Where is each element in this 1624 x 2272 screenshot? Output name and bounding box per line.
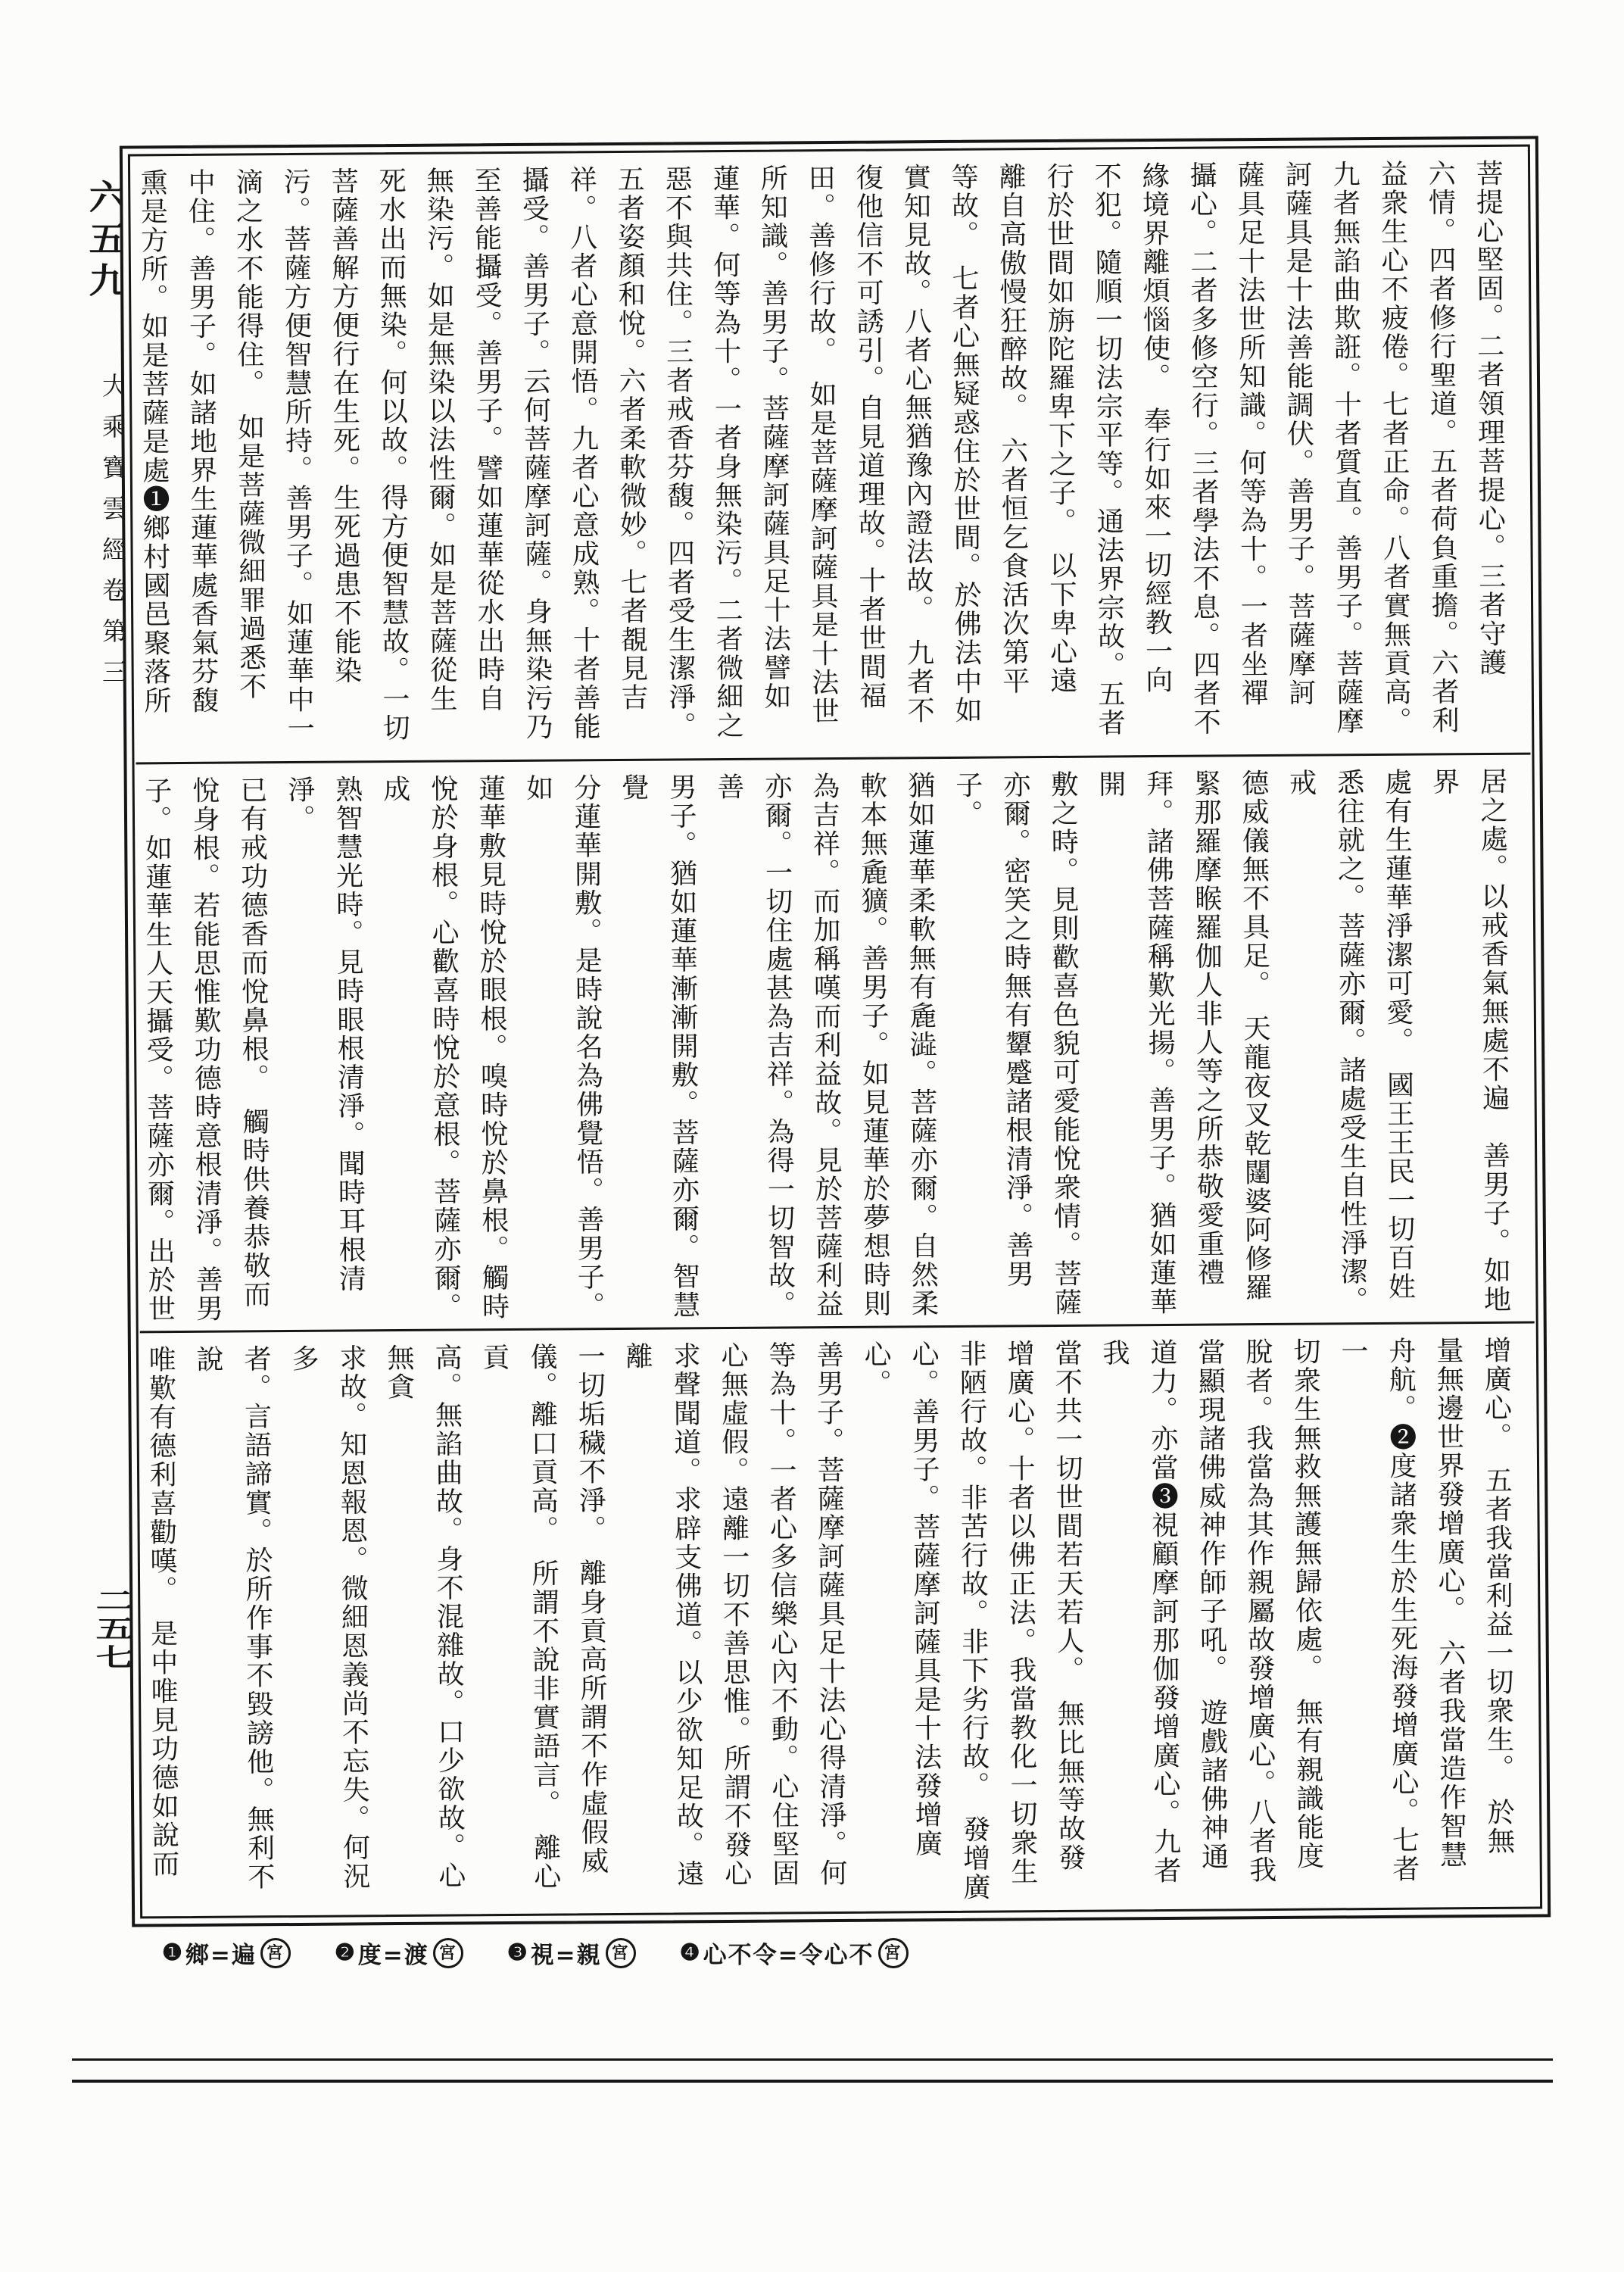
footnote-entry: ❸ 視=親 宮: [507, 1936, 636, 1970]
text-column: 增廣心。十者以佛正法。我當教化一切衆生: [995, 1339, 1046, 1912]
text-column: 蓮華。何等為十。一者身無染污。二者微細之: [700, 164, 752, 751]
text-column: 當不共一切世間若天若人。 無比無等故發: [1043, 1339, 1094, 1912]
text-column: 薩具足十法世所知識。何等為十。一者坐禪: [1225, 161, 1276, 747]
footnote-text: 鄉=遍: [185, 1936, 257, 1970]
text-column: 訶薩具是十法善能調伏。善男子。菩薩摩訶: [1273, 160, 1324, 746]
text-column: 軟本無麁獷。善男子。如見蓮華於夢想時則: [848, 771, 899, 1318]
footnote-entry: ❷ 度=渡 宮: [335, 1936, 463, 1970]
footnote-entry: ❶ 鄉=遍 宮: [162, 1936, 291, 1970]
text-column: 心無虛假。遠離一切不善思惟。所謂不發心: [709, 1341, 760, 1914]
text-column: 切衆生無救無護無歸依處。 無有親識能度: [1281, 1337, 1333, 1909]
text-column: 等故。 七者心無疑惑住於世間。於佛法中如: [939, 163, 990, 749]
text-column: 不犯。隨順一切法宗平等。通法界宗故。五者: [1082, 161, 1133, 747]
text-column: 子。如蓮華生人天攝受。菩薩亦爾。出於世間: [135, 776, 184, 1324]
text-column: 拜。諸佛菩薩稱歎光揚。善男子。猶如蓮華開: [1086, 769, 1186, 1317]
text-column: 悅身根。若能思惟歎功德時意根清淨。善男: [180, 776, 232, 1323]
text-column: 敷之時。見則歡喜色貌可愛能悅衆情。菩薩: [1039, 770, 1090, 1317]
footnote-marker-icon: ❷: [335, 1942, 357, 1965]
text-column: 菩薩善解方便行在生死。生死過患不能染: [319, 167, 370, 753]
footnote-text: 視=親: [531, 1936, 602, 1970]
text-column: 求聲聞道。求辟支佛道。以少欲知足故。遠離: [613, 1341, 712, 1915]
text-column: 行於世間如旃陀羅卑下之子。 以下卑心遠: [1034, 162, 1086, 748]
text-column: 德威儀無不具足。 天龍夜叉乾闥婆阿修羅: [1230, 769, 1281, 1315]
text-column: 道力。亦當❸視顧摩訶那伽發增廣心。九者我: [1090, 1338, 1189, 1912]
text-column: 益衆生心不疲倦。七者正命。八者實無貢高。: [1368, 160, 1420, 746]
text-column: 蓮華敷見時悅於眼根。嗅時悅於鼻根。觸時: [466, 774, 518, 1321]
text-column: 唯歎有德利喜勸嘆。 是中唯見功德如說而: [139, 1345, 188, 1918]
text-column: 熏是方所。如是菩薩是處❶鄉村國邑聚落所: [130, 168, 180, 754]
text-column: 分蓮華開敷。是時說名為佛覺悟。善男子。如: [514, 773, 613, 1321]
text-column: 者。言語諦實。於所作事不毀謗他。無利不說: [184, 1344, 283, 1918]
text-column: 處有生蓮華淨潔可愛。 國王王民一切百姓: [1373, 768, 1424, 1315]
text-column: 中住。善男子。如諸地界生蓮華處香氣芬馥: [176, 168, 227, 754]
footnote-marker-icon: ❸: [507, 1942, 529, 1965]
text-column: 九者無諂曲欺誑。十者質直。善男子。菩薩摩: [1320, 160, 1372, 746]
text-column: 五者姿顏和悅。六者柔軟微妙。七者覩見吉: [605, 165, 656, 751]
text-frame-inner: 菩提心堅固。二者領理菩提心。三者守護六情。四者修行聖道。五者荷負重擔。六者利益衆…: [128, 145, 1542, 1919]
text-column: 舟航。❷度諸衆生於生死海發增廣心。七者一: [1329, 1337, 1428, 1910]
text-column: 無染污。如是無染以法性爾。如是菩薩從生: [414, 166, 466, 752]
text-register-middle: 居之處。以戒香氣無處不遍 善男子。如地界處有生蓮華淨潔可愛。 國王王民一切百姓悉…: [135, 755, 1536, 1331]
text-column: 惡不與共住。三者戒香芬馥。四者受生潔淨。: [653, 164, 704, 751]
text-column: 至善能攝受。善男子。譬如蓮華從水出時自: [462, 166, 513, 752]
text-column: 離自高傲慢狂醉故。 六者恒乞食活次第平: [987, 162, 1038, 748]
text-column: 菩提心堅固。二者領理菩提心。三者守護: [1463, 159, 1515, 745]
text-column: 悅於身根。心歡喜時悅於意根。菩薩亦爾。成: [371, 774, 470, 1322]
apparatus-line: ❶ 鄉=遍 宮 ❷ 度=渡 宮 ❸ 視=親 宮 ❹ 心不令=令心不 宮: [162, 1936, 1525, 1970]
text-column: 六情。四者修行聖道。五者荷負重擔。六者利: [1416, 159, 1467, 745]
text-column: 亦爾。一切住處甚為吉祥。為得一切智故。善: [705, 772, 804, 1319]
text-column: 緊那羅摩睺羅伽人非人等之所恭敬愛重禮: [1182, 769, 1233, 1315]
edition-badge: 宮: [878, 1938, 909, 1968]
text-frame: 菩提心堅固。二者領理菩提心。三者守護六情。四者修行聖道。五者荷負重擔。六者利益衆…: [120, 136, 1551, 1927]
text-column: 實知見故。八者心無猶豫內證法故。 九者不: [891, 163, 943, 749]
text-column: 善男子。菩薩摩訶薩具足十法心得清淨。何: [804, 1340, 856, 1913]
text-column: 男子。猶如蓮華漸漸開敷。菩薩亦爾。智慧覺: [609, 772, 709, 1320]
text-column: 脫者。我當為其作親屬故發增廣心。八者我: [1233, 1337, 1285, 1910]
text-column: 熟智慧光時。見時眼根清淨。聞時耳根清淨。: [276, 775, 375, 1322]
text-column: 攝心。二者多修空行。三者學法不息。四者不: [1177, 161, 1229, 747]
text-register-bottom: 增廣心。 五者我當利益一切衆生。 於無量無邊世界發增廣心。 六者我當造作智慧舟航…: [139, 1324, 1540, 1926]
text-column: 為吉祥。而加稱嘆而利益故。見於菩薩利益: [800, 772, 852, 1319]
footnote-text: 心不令=令心不: [703, 1936, 874, 1970]
footer-rule: [72, 2058, 1553, 2061]
text-column: 儀。離口貢高。 所謂不說非實語言。 離心貢: [470, 1342, 569, 1915]
text-column: 所知識。善男子。菩薩摩訶薩具足十法譬如: [748, 164, 800, 750]
text-column: 非陋行故。非苦行故。非下劣行故。 發增廣: [947, 1340, 999, 1912]
text-register-top: 菩提心堅固。二者領理菩提心。三者守護六情。四者修行聖道。五者荷負重擔。六者利益衆…: [130, 147, 1532, 763]
footnote-text: 度=渡: [358, 1936, 429, 1970]
sutra-scan-page: 六五九 大乘寶雲經卷第三 二五七 菩提心堅固。二者領理菩提心。三者守護六情。四者…: [0, 0, 1624, 2272]
text-column: 猶如蓮華柔軟無有麁澁。菩薩亦爾。自然柔: [896, 771, 947, 1318]
text-column: 等為十。一者心多信樂心內不動。心住堅固: [756, 1340, 808, 1913]
text-column: 高。無諂曲故。身不混雜故。口少欲故。心無貪: [375, 1343, 474, 1916]
text-column: 田。善修行故。 如是菩薩摩訶薩具是十法世: [796, 164, 847, 750]
text-column: 攝受。善男子。云何菩薩摩訶薩。身無染污乃: [510, 166, 561, 752]
footnote-marker-icon: ❶: [162, 1942, 184, 1965]
text-column: 復他信不可誘引。自見道理故。十者世間福: [843, 163, 895, 749]
text-column: 亦爾。密笑之時無有顰蹙諸根清淨。善男子。: [943, 770, 1043, 1318]
text-column: 死水出而無染。何以故。得方便智慧故。一切: [366, 167, 418, 753]
text-column: 增廣心。 五者我當利益一切衆生。 於無: [1472, 1336, 1523, 1908]
footer-rule: [72, 2080, 1553, 2083]
text-column: 緣境界離煩惱使。 奉行如來一切經教一向: [1130, 161, 1181, 747]
text-column: 求故。知恩報恩。微細恩義尚不忘失。何況多: [279, 1344, 379, 1917]
text-column: 祥。八者心意開悟。九者心意成熟。十者善能: [557, 165, 609, 751]
text-column: 居之處。以戒香氣無處不遍 善男子。如地界: [1420, 767, 1520, 1315]
text-column: 已有戒功德香而悅鼻根。 觸時供養恭敬而: [228, 776, 279, 1322]
text-column: 一切垢穢不淨。 離身貢高所謂不作虛假威: [566, 1342, 617, 1915]
text-column: 當顯現諸佛威神作師子吼。 遊戲諸佛神通: [1186, 1337, 1237, 1910]
text-column: 悉往就之。菩薩亦爾。諸處受生自性淨潔。戒: [1277, 768, 1376, 1315]
edition-badge: 宮: [260, 1938, 291, 1968]
text-column: 污。菩薩方便智慧所持。善男子。如蓮華中一: [271, 167, 323, 754]
edition-badge: 宮: [606, 1938, 636, 1968]
footnote-marker-icon: ❹: [680, 1942, 702, 1965]
text-column: 滴之水不能得住。 如是菩薩微細罪過悉不: [223, 167, 275, 754]
footnote-entry: ❹ 心不令=令心不 宮: [680, 1936, 909, 1970]
text-column: 心。善男子。菩薩摩訶薩具是十法發增廣心。: [852, 1340, 951, 1913]
text-column: 量無邊世界發增廣心。 六者我當造作智慧: [1424, 1336, 1476, 1908]
edition-badge: 宮: [433, 1938, 463, 1968]
